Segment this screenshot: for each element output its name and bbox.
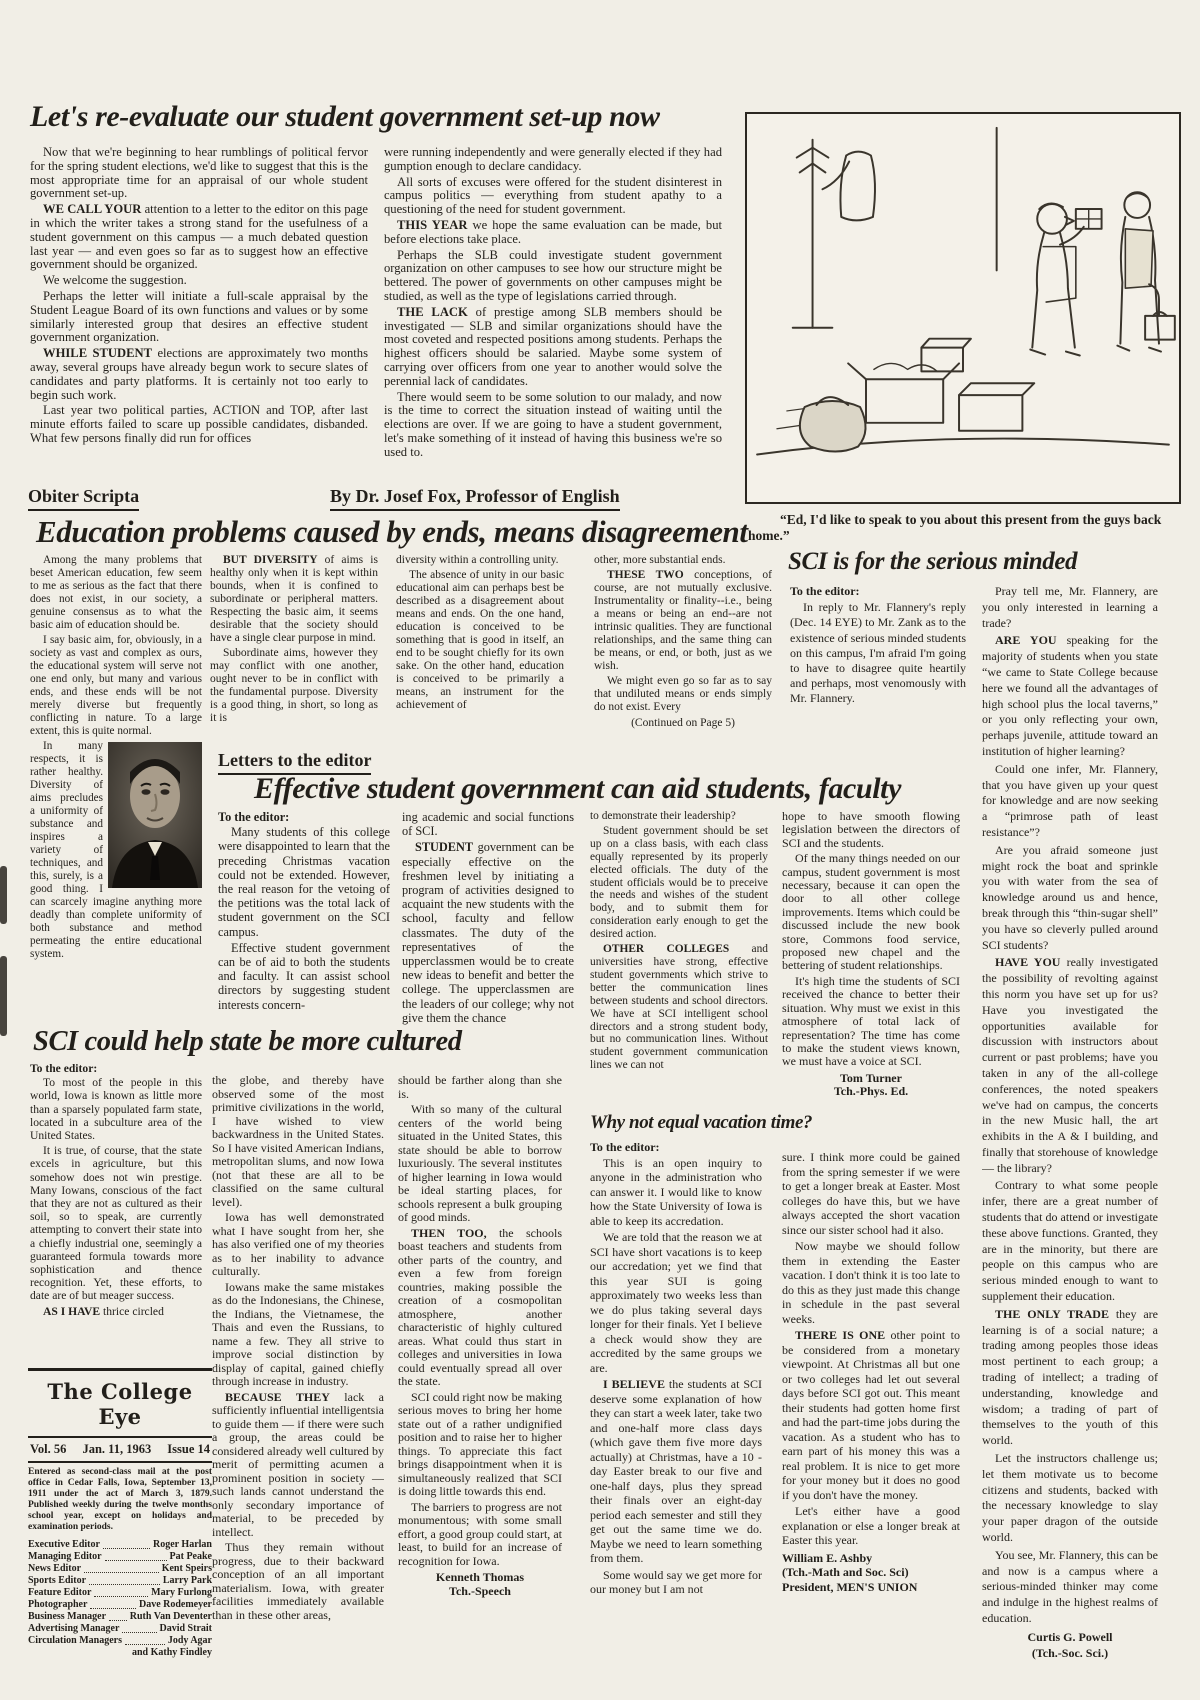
signature-turner: Tom Turner Tch.-Phys. Ed. [782,1072,960,1099]
serious-minded-headline: SCI is for the serious minded [788,548,1077,576]
paragraph: to demonstrate their leadership? [590,810,768,823]
paragraph: Among the many problems that beset Ameri… [30,554,202,632]
paragraph: Let's either have a good explanation or … [782,1504,960,1548]
cultured-column-1: To the editor: To most of the people in … [30,1062,202,1358]
to-editor-label: To the editor: [590,1140,762,1155]
paragraph: THEN TOO, the schools boast teachers and… [398,1227,562,1389]
paragraph: We might even go so far as to say that u… [594,675,772,714]
staff-row: Executive EditorRoger Harlan [28,1539,212,1551]
paragraph: Could one infer, Mr. Flannery, that you … [982,762,1158,841]
staff-row: News EditorKent Speirs [28,1563,212,1575]
paragraph: With so many of the cultural centers of … [398,1103,562,1225]
masthead-rule [28,1368,212,1371]
staff-row: Business ManagerRuth Van Deventer [28,1611,212,1623]
paragraph: I say basic aim, for, obviously, in a so… [30,634,202,738]
staff-row: Managing EditorPat Peake [28,1551,212,1563]
paragraph: We welcome the suggestion. [30,274,368,288]
masthead-entered-notice: Entered as second-class mail at the post… [28,1467,212,1533]
paragraph: SCI could right now be making serious mo… [398,1391,562,1499]
paragraph: other, more substantial ends. [594,554,772,567]
editorial-headline: Let's re-evaluate our student government… [30,100,660,134]
paragraph: Contrary to what some people infer, ther… [982,1178,1158,1304]
effective-column-4: hope to have smooth flowing legislation … [782,810,960,1140]
paragraph: Pray tell me, Mr. Flannery, are you only… [982,584,1158,631]
education-column-1: Among the many problems that beset Ameri… [30,554,202,963]
paragraph: THE LACK of prestige among SLB members s… [384,306,722,389]
paragraph: There would seem to be some solution to … [384,391,722,460]
paragraph: HAVE YOU really investigated the possibi… [982,955,1158,1176]
editorial-cartoon [745,112,1181,504]
education-column-4: other, more substantial ends. THESE TWO … [594,554,772,766]
paragraph: To most of the people in this world, Iow… [30,1076,202,1142]
cartoon-drawing [747,114,1179,502]
paragraph: Iowans make the same mistakes as do the … [212,1281,384,1389]
paragraph: Thus they remain without progress, due t… [212,1541,384,1622]
paragraph: Perhaps the letter will initiate a full-… [30,290,368,345]
newspaper-page: Let's re-evaluate our student government… [0,0,1200,1700]
paragraph: OTHER COLLEGES and universities have str… [590,943,768,1072]
vacation-headline: Why not equal vacation time? [590,1112,812,1134]
staff-row: Circulation ManagersJody Agar [28,1635,212,1647]
effective-column-1: To the editor: Many students of this col… [218,810,390,1014]
paragraph: THIS YEAR we hope the same evaluation ca… [384,219,722,247]
paragraph: It is true, of course, that the state ex… [30,1144,202,1302]
paragraph: hope to have smooth flowing legislation … [782,810,960,850]
paragraph: Of the many things needed on our campus,… [782,852,960,973]
masthead-volume-line: Vol. 56 Jan. 11, 1963 Issue 14 [28,1441,212,1458]
paragraph: Iowa has well demonstrated what I have s… [212,1211,384,1279]
education-column-3: diversity within a controlling unity. Th… [396,554,564,748]
scan-artifact [0,956,7,1036]
paragraph: Subordinate aims, however they may confl… [210,647,378,725]
article-editorial: Now that we're beginning to hear rumblin… [30,146,722,482]
cultured-column-3: should be farther along than she is. Wit… [398,1074,562,1684]
editorial-column-1: Now that we're beginning to hear rumblin… [30,146,368,482]
vacation-column-1: To the editor: This is an open inquiry t… [590,1140,762,1685]
effective-column-2: ing academic and social functions of SCI… [402,810,574,1027]
masthead-rule [28,1436,212,1438]
serious-minded-column-1: To the editor: In reply to Mr. Flannery'… [790,584,966,709]
signature-ashby: William E. Ashby (Tch.-Math and Soc. Sci… [782,1551,960,1595]
paragraph: ARE YOU speaking for the majority of stu… [982,633,1158,759]
paragraph: Are you afraid someone just might rock t… [982,843,1158,954]
paragraph: BECAUSE THEY lack a sufficiently influen… [212,1391,384,1540]
paragraph: THESE TWO conceptions, of course, are no… [594,569,772,673]
to-editor-label: To the editor: [790,584,966,599]
paragraph: WHILE STUDENT elections are approximatel… [30,347,368,402]
paragraph: should be farther along than she is. [398,1074,562,1101]
to-editor-label: To the editor: [30,1062,202,1075]
paragraph: were running independently and were gene… [384,146,722,174]
paragraph: Effective student government can be of a… [218,941,390,1012]
masthead-rule [28,1461,212,1463]
paragraph: THE ONLY TRADE they are learning is of a… [982,1307,1158,1449]
cultured-headline: SCI could help state be more cultured [33,1026,462,1058]
staff-row: Sports EditorLarry Park [28,1575,212,1587]
paragraph: Student government should be set up on a… [590,825,768,941]
paragraph: I BELIEVE the students at SCI deserve so… [590,1377,762,1566]
paragraph: The absence of unity in our basic educat… [396,569,564,712]
josef-fox-photo [108,742,202,888]
paragraph: THERE IS ONE other point to be considere… [782,1328,960,1502]
masthead-staff-list: Executive EditorRoger Harlan Managing Ed… [28,1539,212,1659]
staff-row: Feature EditorMary Furlong [28,1587,212,1599]
paragraph: It's high time the students of SCI recei… [782,975,960,1069]
staff-row: Advertising ManagerDavid Strait [28,1623,212,1635]
masthead-title: The College Eye [28,1373,212,1433]
paragraph: STUDENT government can be especially eff… [402,840,574,1025]
paragraph: Now that we're beginning to hear rumblin… [30,146,368,201]
paragraph: the globe, and thereby have observed som… [212,1074,384,1209]
serious-minded-column-2: Pray tell me, Mr. Flannery, are you only… [982,584,1158,1676]
paragraph: In reply to Mr. Flannery's reply (Dec. 1… [790,600,966,706]
effective-government-headline: Effective student government can aid stu… [254,772,901,806]
paragraph: Many students of this college were disap… [218,825,390,939]
paragraph: ing academic and social functions of SCI… [402,810,574,838]
staff-row: and Kathy Findley [28,1647,212,1659]
paragraph: You see, Mr. Flannery, this can be and n… [982,1548,1158,1627]
cartoon-caption: “Ed, I'd like to speak to you about this… [748,512,1182,544]
cultured-column-2: the globe, and thereby have observed som… [212,1074,384,1674]
portrait-image [108,742,202,888]
signature-powell: Curtis G. Powell (Tch.-Soc. Sci.) [982,1630,1158,1662]
paragraph: Last year two political parties, ACTION … [30,404,368,445]
signature-thomas: Kenneth Thomas Tch.-Speech [398,1571,562,1598]
masthead-box: The College Eye Vol. 56 Jan. 11, 1963 Is… [28,1368,212,1659]
paragraph: Let the instructors challenge us; let th… [982,1451,1158,1546]
paragraph: WE CALL YOUR attention to a letter to th… [30,203,368,272]
paragraph: Perhaps the SLB could investigate studen… [384,249,722,304]
to-editor-label: To the editor: [218,810,390,824]
staff-row: PhotographerDave Rodemeyer [28,1599,212,1611]
effective-column-3: to demonstrate their leadership? Student… [590,810,768,1110]
education-column-2: BUT DIVERSITY of aims is healthy only wh… [210,554,378,748]
continued-note: (Continued on Page 5) [594,717,772,730]
scan-artifact [0,866,7,924]
education-headline: Education problems caused by ends, means… [36,514,748,550]
paragraph: Now maybe we should follow them in exten… [782,1239,960,1326]
paragraph: BUT DIVERSITY of aims is healthy only wh… [210,554,378,645]
paragraph: This is an open inquiry to anyone in the… [590,1156,762,1229]
paragraph: We are told that the reason we at SCI ha… [590,1230,762,1375]
paragraph: All sorts of excuses were offered for th… [384,176,722,217]
paragraph: The barriers to progress are not monumen… [398,1501,562,1569]
editorial-column-2: were running independently and were gene… [384,146,722,482]
paragraph: diversity within a controlling unity. [396,554,564,567]
vacation-column-2: sure. I think more could be gained from … [782,1150,960,1690]
paragraph: sure. I think more could be gained from … [782,1150,960,1237]
kicker-obiter-scripta: Obiter Scripta [28,486,139,511]
paragraph: AS I HAVE thrice circled [30,1305,202,1318]
paragraph: Some would say we get more for our money… [590,1568,762,1597]
byline-josef-fox: By Dr. Josef Fox, Professor of English [330,486,620,511]
